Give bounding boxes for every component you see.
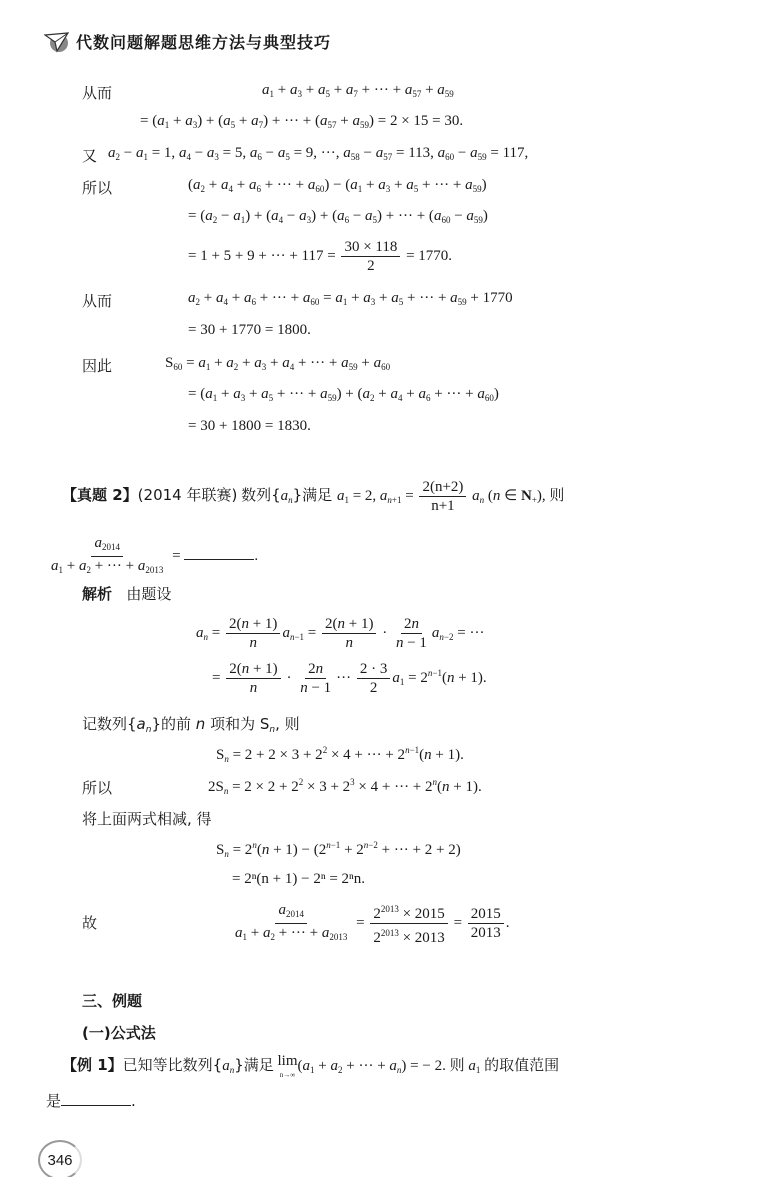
equation: a2 − a1 = 1, a4 − a3 = 5, a6 − a5 = 9, ·… xyxy=(108,145,528,162)
equation: = (a2 − a1) + (a4 − a3) + (a6 − a5) + ··… xyxy=(188,208,488,225)
equation: an = 2(n + 1)nan−1 = 2(n + 1)n · 2nn − 1… xyxy=(196,615,484,652)
equation: a2 + a4 + a6 + ··· + a60 = a1 + a3 + a5 … xyxy=(188,290,513,307)
label-suoyi: 所以 xyxy=(82,777,112,798)
subsection-heading: (一)公式法 xyxy=(82,1022,156,1043)
section-heading: 三、例题 xyxy=(82,990,142,1011)
problem-2-statement: 【真题 2】(2014 年联赛) 数列{an}满足 a1 = 2, an+1 =… xyxy=(62,478,564,515)
equation: = 30 + 1800 = 1830. xyxy=(188,418,311,435)
equation: (a2 + a4 + a6 + ··· + a60) − (a1 + a3 + … xyxy=(188,177,487,194)
problem-2-question: a2014a1 + a2 + ··· + a2013 = . xyxy=(46,534,258,579)
equation: = 2ⁿ(n + 1) − 2ⁿ = 2ⁿn. xyxy=(232,871,365,888)
label-gu: 故 xyxy=(82,912,97,933)
equation: a1 + a3 + a5 + a7 + ··· + a57 + a59 xyxy=(262,82,454,99)
example-1-answer: 是. xyxy=(46,1090,136,1111)
equation: = 30 + 1770 = 1800. xyxy=(188,322,311,339)
label-you: 又 xyxy=(82,145,97,166)
example-1-statement: 【例 1】已知等比数列{an}满足 limn→∞(a1 + a2 + ··· +… xyxy=(62,1054,559,1082)
label-congrer: 从而 xyxy=(82,82,112,103)
equation: = (a1 + a3 + a5 + ··· + a59) + (a2 + a4 … xyxy=(188,386,499,403)
label-yinci: 因此 xyxy=(82,355,112,376)
equation: = 1 + 5 + 9 + ··· + 117 = 30 × 1182 = 17… xyxy=(188,238,452,275)
answer-blank[interactable] xyxy=(61,1093,131,1106)
equation: Sn = 2 + 2 × 3 + 22 × 4 + ··· + 2n−1(n +… xyxy=(216,745,464,764)
text: 将上面两式相减, 得 xyxy=(82,808,212,829)
label-suoyi: 所以 xyxy=(82,177,112,198)
equation: = 2(n + 1)n · 2nn − 1··· 2 · 32a1 = 2n−1… xyxy=(212,660,487,697)
running-header: 代数问题解题思维方法与典型技巧 xyxy=(44,30,331,53)
book-title: 代数问题解题思维方法与典型技巧 xyxy=(76,30,331,53)
equation: S60 = a1 + a2 + a3 + a4 + ··· + a59 + a6… xyxy=(165,355,390,372)
equation: Sn = 2n(n + 1) − (2n−1 + 2n−2 + ··· + 2 … xyxy=(216,840,461,859)
page-number: 346 xyxy=(38,1140,82,1177)
equation: a2014a1 + a2 + ··· + a2013 = 22013 × 201… xyxy=(230,900,510,947)
answer-blank[interactable] xyxy=(184,547,254,560)
label-congrer: 从而 xyxy=(82,290,112,311)
text: 记数列{an}的前 n 项和为 Sn, 则 xyxy=(82,713,300,735)
equation: = (a1 + a3) + (a5 + a7) + ··· + (a57 + a… xyxy=(140,113,463,130)
equation: 2Sn = 2 × 2 + 22 × 3 + 23 × 4 + ··· + 2n… xyxy=(208,777,482,796)
solution-label: 解析 由题设 xyxy=(82,583,171,604)
paper-plane-logo-icon xyxy=(44,31,70,53)
